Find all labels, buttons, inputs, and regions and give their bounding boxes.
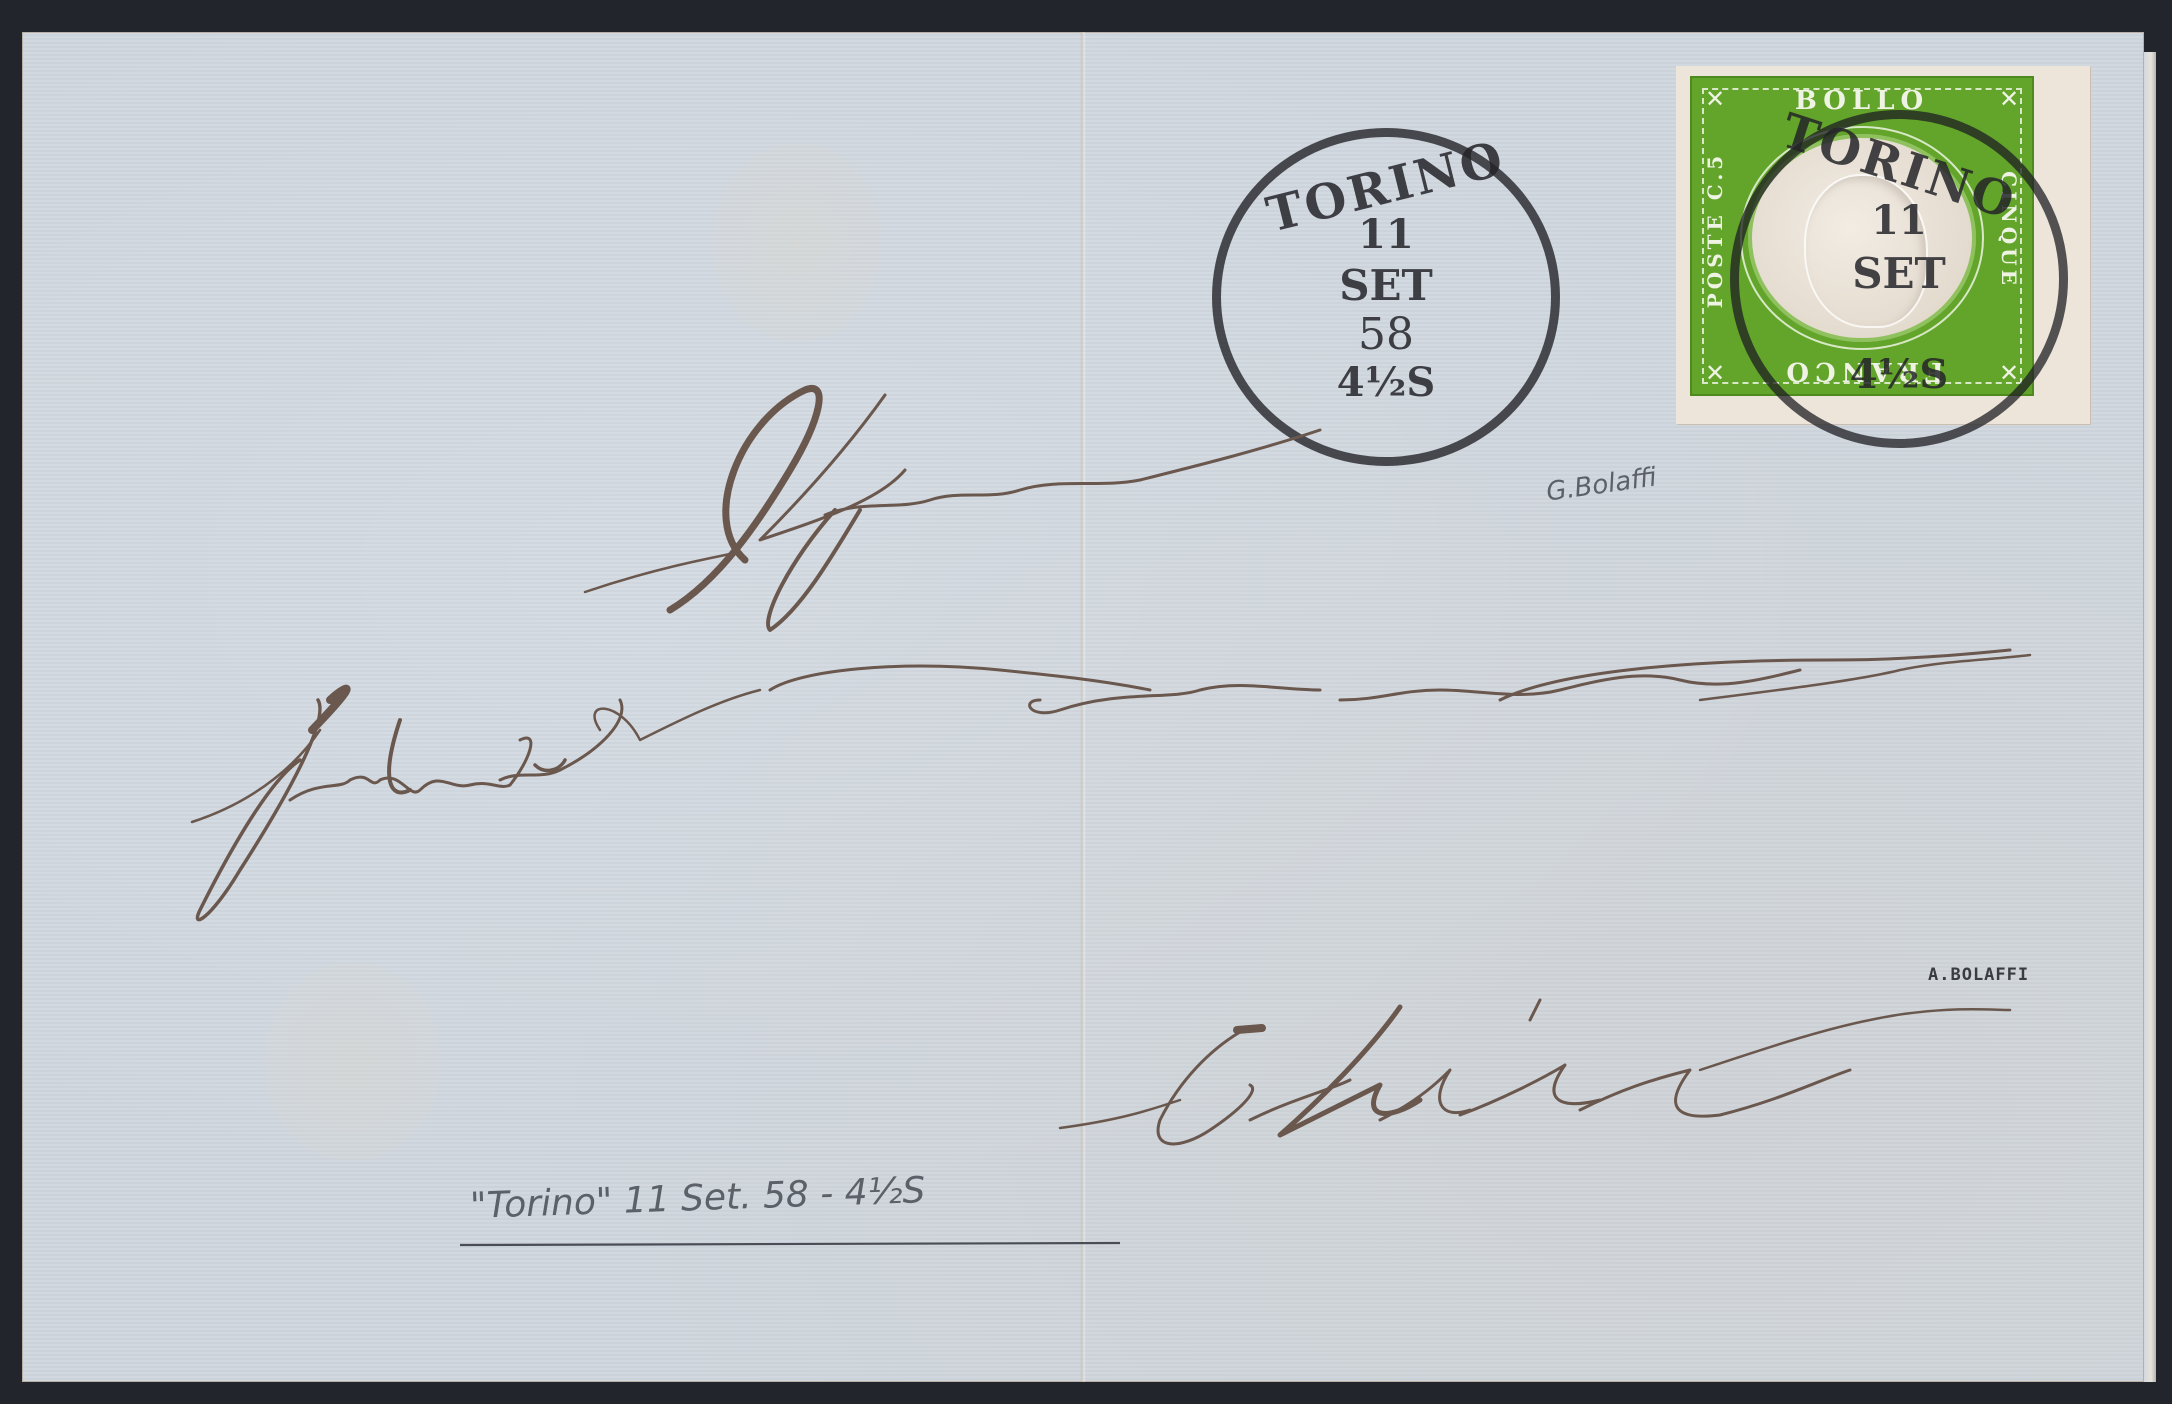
paper-stain xyxy=(712,142,882,342)
stamp-corner-cross-icon: ✕ xyxy=(1994,84,2024,114)
postmark-time: 4½S xyxy=(1739,351,2059,398)
stamp-left-inscription: POSTE C.5 xyxy=(1703,125,1727,335)
postmark-day: 11 xyxy=(1739,197,2059,244)
postmark-month: SET xyxy=(1739,249,2059,298)
fold-crease xyxy=(1080,32,1086,1382)
sheet-edge xyxy=(2144,52,2156,1382)
postmark-on-stamp: TORINO 11 SET 4½S xyxy=(1730,110,2068,448)
stamp-top-inscription: BOLLO xyxy=(1692,86,2032,116)
expert-handstamp: A.BOLAFFI xyxy=(1928,965,2029,985)
postmark-year: 58 xyxy=(1221,309,1551,360)
postmark-time: 4½S xyxy=(1221,359,1551,406)
stamp-corner-cross-icon: ✕ xyxy=(1700,84,1730,114)
postmark-month: SET xyxy=(1221,261,1551,310)
postmark-day: 11 xyxy=(1221,211,1551,258)
postmark-cover: TORINO 11 SET 58 4½S xyxy=(1212,128,1560,466)
paper-stain xyxy=(262,962,442,1162)
stamp-corner-cross-icon: ✕ xyxy=(1700,358,1730,388)
